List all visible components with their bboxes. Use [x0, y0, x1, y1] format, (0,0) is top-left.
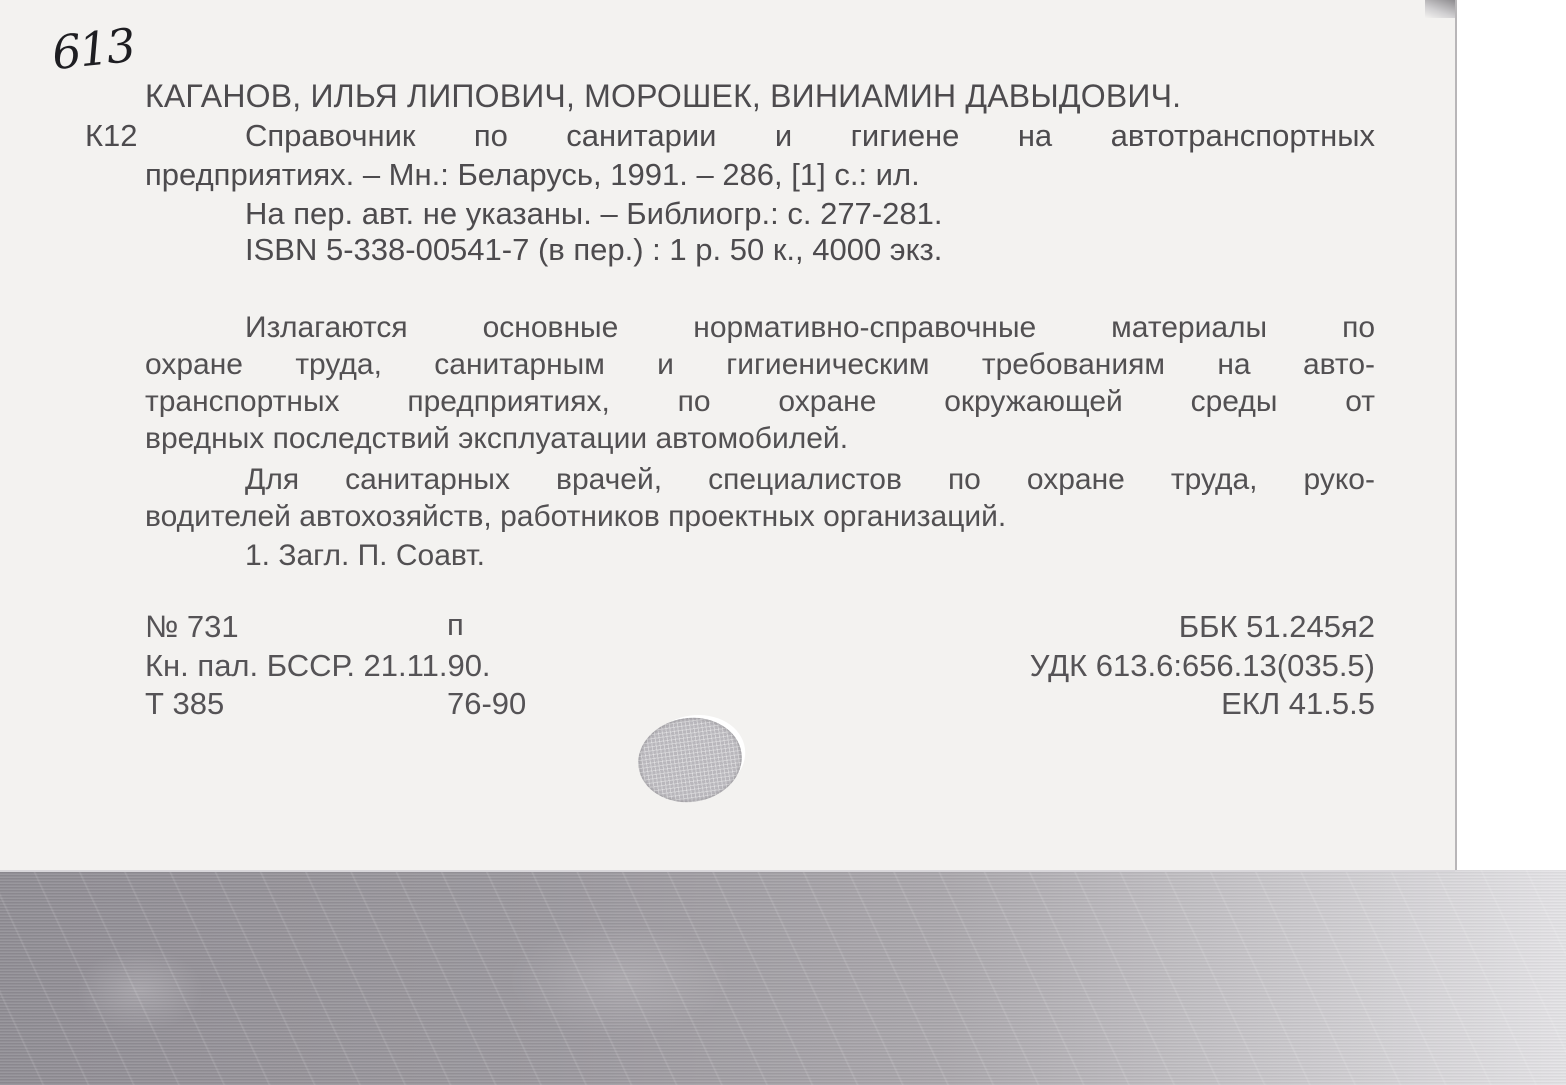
udk-code: УДК 613.6:656.13(035.5) [1030, 648, 1375, 684]
title-line-2: предприятиях. – Мн.: Беларусь, 1991. – 2… [145, 157, 920, 193]
background-margin [1450, 0, 1566, 870]
letter-mark: п [447, 607, 464, 643]
tracings: 1. Загл. П. Соавт. [245, 538, 485, 574]
annotation-line: транспортных предприятиях, по охране окр… [145, 384, 1375, 420]
handwritten-number: 613 [49, 18, 136, 80]
book-chamber-date: Кн. пал. БССР. 21.11.90. [145, 648, 491, 684]
title-line-1: Справочник по санитарии и гигиене на авт… [245, 118, 1375, 154]
annotation-line: Излагаются основные нормативно-справочны… [245, 310, 1375, 346]
catalog-card: 613 КАГАНОВ, ИЛЬЯ ЛИПОВИЧ, МОРОШЕК, ВИНИ… [0, 0, 1455, 870]
authors: КАГАНОВ, ИЛЬЯ ЛИПОВИЧ, МОРОШЕК, ВИНИАМИН… [145, 78, 1181, 114]
ekl-code: ЕКЛ 41.5.5 [1221, 686, 1375, 722]
isbn-line: ISBN 5-338-00541-7 (в пер.) : 1 р. 50 к.… [245, 232, 942, 268]
scanner-surface [0, 870, 1566, 1085]
annotation-line: охране труда, санитарным и гигиеническим… [145, 347, 1375, 383]
range-code: 76-90 [447, 686, 526, 722]
shelf-mark: К12 [85, 118, 138, 154]
annotation-line: Для санитарных врачей, специалистов по о… [245, 462, 1375, 498]
t-code: Т 385 [145, 686, 224, 722]
bbk-code: ББК 51.245я2 [1179, 609, 1375, 645]
card-number: № 731 [145, 609, 239, 645]
annotation-line: вредных последствий эксплуатации автомоб… [145, 421, 1375, 457]
bibliography-note: На пер. авт. не указаны. – Библиогр.: с.… [245, 196, 942, 232]
annotation-line: водителей автохозяйств, работников проек… [145, 499, 1375, 535]
punch-hole [633, 711, 748, 809]
